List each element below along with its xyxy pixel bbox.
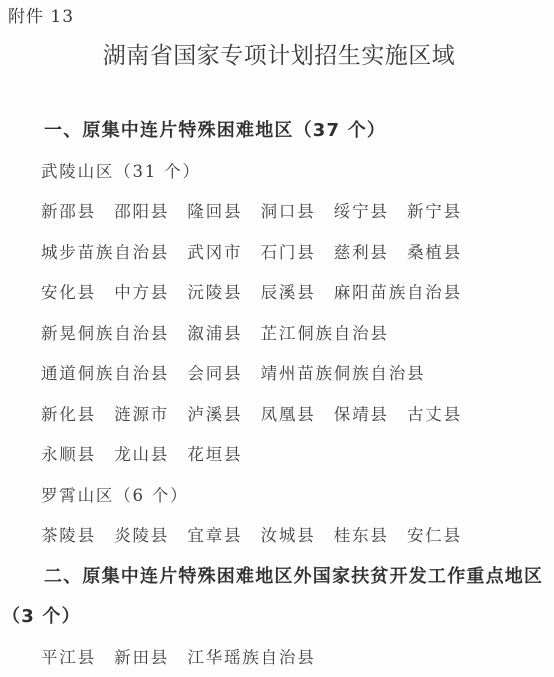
county-row-3: 安化县 中方县 沅陵县 辰溪县 麻阳苗族自治县: [8, 273, 550, 314]
subarea-wuling-title: 武陵山区（31 个）: [8, 152, 550, 193]
county-row-2: 城步苗族自治县 武冈市 石门县 慈利县 桑植县: [8, 233, 550, 274]
section-1-heading: 一、原集中连片特殊困难地区（37 个）: [8, 111, 550, 152]
section-2-heading-line1: 二、原集中连片特殊困难地区外国家扶贫开发工作重点地区: [8, 557, 550, 598]
county-row-1: 新邵县 邵阳县 隆回县 洞口县 绥宁县 新宁县: [8, 192, 550, 233]
document-body: 一、原集中连片特殊困难地区（37 个） 武陵山区（31 个） 新邵县 邵阳县 隆…: [8, 111, 550, 677]
county-row-4: 新晃侗族自治县 溆浦县 芷江侗族自治县: [8, 314, 550, 355]
document-title: 湖南省国家专项计划招生实施区域: [8, 43, 550, 69]
county-row-7: 永顺县 龙山县 花垣县: [8, 435, 550, 476]
subarea-luoxiao-title: 罗霄山区（6 个）: [8, 476, 550, 517]
county-row-6: 新化县 涟源市 泸溪县 凤凰县 保靖县 古丈县: [8, 395, 550, 436]
attachment-label: 附件 13: [8, 0, 550, 28]
county-row-9: 平江县 新田县 江华瑶族自治县: [8, 638, 550, 677]
county-row-8: 茶陵县 炎陵县 宜章县 汝城县 桂东县 安仁县: [8, 516, 550, 557]
section-2-heading-line2: （3 个）: [2, 597, 550, 638]
county-row-5: 通道侗族自治县 会同县 靖州苗族侗族自治县: [8, 354, 550, 395]
document-page: 附件 13 湖南省国家专项计划招生实施区域 一、原集中连片特殊困难地区（37 个…: [0, 0, 554, 677]
